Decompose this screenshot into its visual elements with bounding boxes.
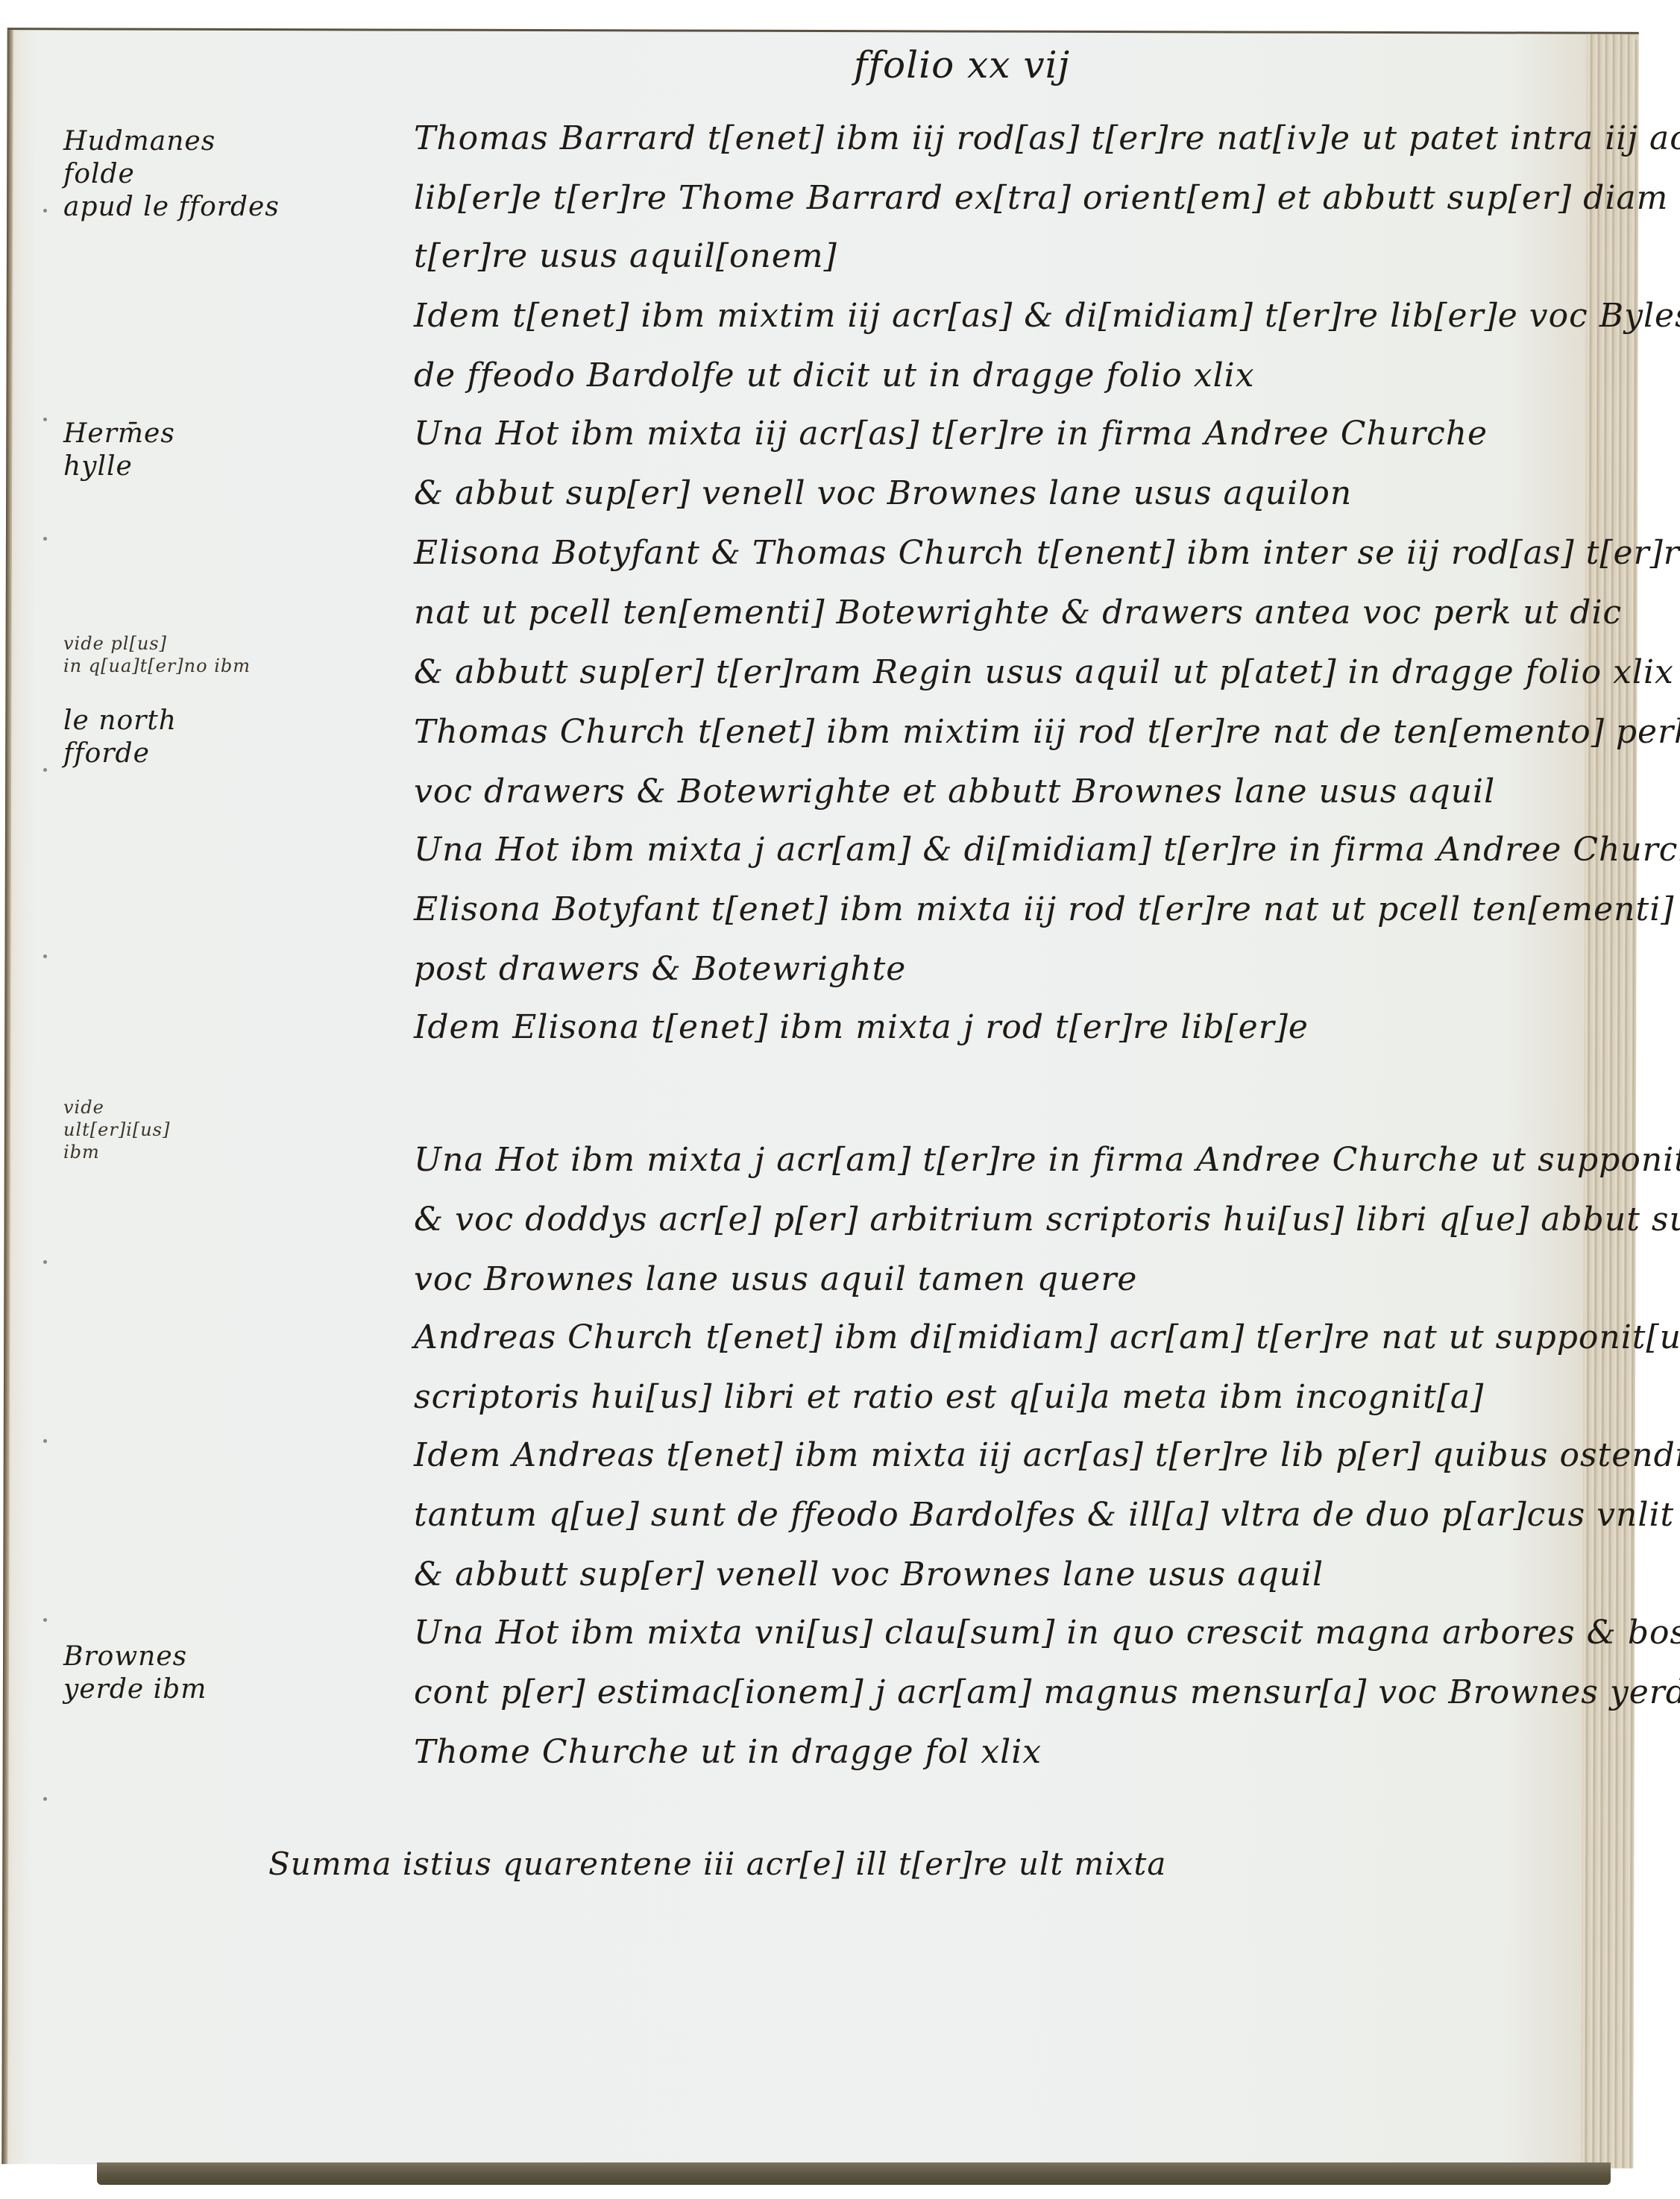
text-line: Idem Elisona t[enet] ibm mixta j rod t[e… bbox=[414, 1008, 1309, 1046]
text-line: nat ut pcell ten[ementi] Botewrighte & d… bbox=[414, 594, 1622, 632]
ruling-prick bbox=[43, 418, 47, 421]
margin-note-line: Herm̄es bbox=[63, 418, 287, 450]
margin-note-line: Hudmanes folde bbox=[63, 125, 287, 191]
text-line: Thomas Church t[enet] ibm mixtim iij rod… bbox=[414, 713, 1680, 751]
margin-note-line: apud le ffordes bbox=[63, 191, 287, 224]
ruling-prick bbox=[43, 1439, 47, 1443]
margin-note: vide pl[us] in q[ua]t[er]no ibm bbox=[63, 632, 287, 677]
margin-note-line: vide pl[us] bbox=[63, 632, 287, 655]
text-line: Idem Andreas t[enet] ibm mixta iij acr[a… bbox=[414, 1436, 1680, 1474]
text-line: voc drawers & Botewrighte et abbutt Brow… bbox=[414, 773, 1495, 811]
text-line: Una Hot ibm mixta vni[us] clau[sum] in q… bbox=[414, 1614, 1680, 1652]
text-line: Una Hot ibm mixta j acr[am] t[er]re in f… bbox=[414, 1141, 1680, 1179]
book-bottom-edge bbox=[97, 2162, 1611, 2185]
ruling-prick bbox=[43, 537, 47, 541]
margin-note-line: le north bbox=[63, 705, 287, 737]
text-line: cont p[er] estimac[ionem] j acr[am] magn… bbox=[414, 1673, 1680, 1711]
margin-note-line: hylle bbox=[63, 450, 287, 483]
margin-note-line: fforde bbox=[63, 737, 287, 770]
page-fore-edge bbox=[1581, 34, 1638, 2168]
text-line: Elisona Botyfant & Thomas Church t[enent… bbox=[414, 534, 1680, 572]
text-line: & abbutt sup[er] venell voc Brownes lane… bbox=[414, 1555, 1324, 1594]
margin-note-line: Brownes bbox=[63, 1640, 287, 1673]
ruling-prick bbox=[43, 1797, 47, 1801]
text-line: scriptoris hui[us] libri et ratio est q[… bbox=[414, 1378, 1484, 1416]
margin-note-line: ibm bbox=[63, 1141, 287, 1163]
ruling-prick bbox=[43, 1618, 47, 1622]
margin-note: le north fforde bbox=[63, 705, 287, 770]
page-gutter-edge bbox=[1, 30, 13, 2164]
margin-note: Herm̄es hylle bbox=[63, 418, 287, 483]
margin-note-line: yerde ibm bbox=[63, 1673, 287, 1706]
text-line: Andreas Church t[enet] ibm di[midiam] ac… bbox=[414, 1318, 1680, 1356]
ruling-prick bbox=[43, 768, 47, 772]
ruling-prick bbox=[43, 209, 47, 213]
text-line: t[er]re usus aquil[onem] bbox=[414, 237, 837, 275]
text-line: Thomas Barrard t[enet] ibm iij rod[as] t… bbox=[414, 119, 1680, 157]
text-line: Una Hot ibm mixta iij acr[as] t[er]re in… bbox=[414, 415, 1488, 453]
text-line: Elisona Botyfant t[enet] ibm mixta iij r… bbox=[414, 890, 1680, 928]
text-line: & abbut sup[er] venell voc Brownes lane … bbox=[414, 474, 1352, 512]
margin-note-line: ult[er]i[us] bbox=[63, 1119, 287, 1141]
text-line: Idem t[enet] ibm mixtim iij acr[as] & di… bbox=[414, 297, 1680, 335]
text-line: Thome Churche ut in dragge fol xlix bbox=[414, 1733, 1042, 1771]
text-line: & voc doddys acr[e] p[er] arbitrium scri… bbox=[414, 1201, 1680, 1239]
ruling-prick bbox=[43, 954, 47, 958]
text-line: tantum q[ue] sunt de ffeodo Bardolfes & … bbox=[414, 1496, 1674, 1534]
summa-line: Summa istius quarentene iii acr[e] ill t… bbox=[268, 1846, 1166, 1882]
text-line: de ffeodo Bardolfe ut dicit ut in dragge… bbox=[414, 356, 1255, 394]
text-line: Una Hot ibm mixta j acr[am] & di[midiam]… bbox=[414, 831, 1680, 869]
text-line: lib[er]e t[er]re Thome Barrard ex[tra] o… bbox=[414, 179, 1680, 217]
margin-note: Brownes yerde ibm bbox=[63, 1640, 287, 1706]
margin-note-line: in q[ua]t[er]no ibm bbox=[63, 655, 287, 677]
margin-note-line: vide bbox=[63, 1096, 287, 1119]
ruling-prick bbox=[43, 1260, 47, 1264]
text-line: & abbutt sup[er] t[er]ram Regin usus aqu… bbox=[414, 653, 1674, 691]
text-line: post drawers & Botewrighte bbox=[414, 950, 906, 988]
margin-note: Hudmanes folde apud le ffordes bbox=[63, 125, 287, 224]
margin-note: vide ult[er]i[us] ibm bbox=[63, 1096, 287, 1163]
text-line: voc Brownes lane usus aquil tamen quere bbox=[414, 1260, 1137, 1298]
folio-heading: ffolio xx vij bbox=[854, 43, 1070, 86]
